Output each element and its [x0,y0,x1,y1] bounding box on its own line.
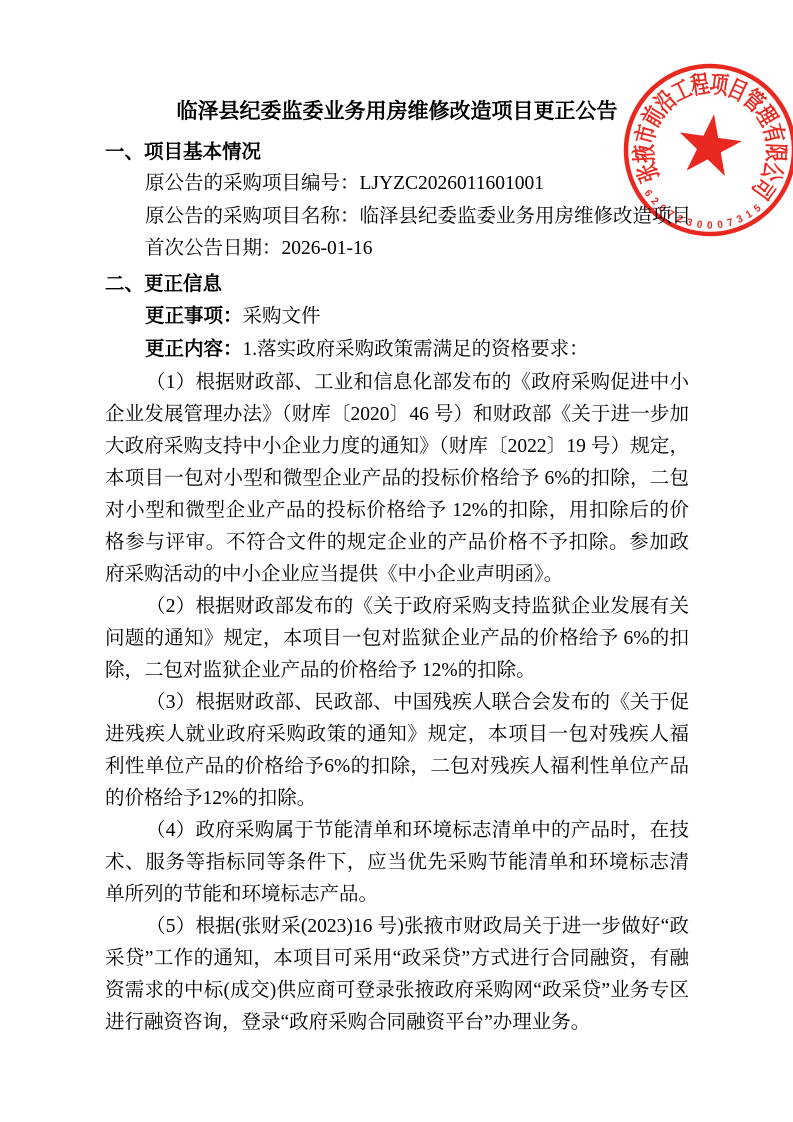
svg-text:7: 7 [726,217,735,229]
item-correction-content: 更正内容：1.落实政府采购政策需满足的资格要求： [105,333,689,367]
item-correction-matter: 更正事项：采购文件 [105,300,689,334]
svg-text:0: 0 [696,219,703,231]
svg-text:司: 司 [747,173,781,204]
item-value: 1.落实政府采购政策需满足的资格要求： [243,339,589,360]
svg-text:限: 限 [761,143,790,163]
field-label: 原公告的采购项目名称： [145,206,360,227]
correction-paragraph-2: （2）根据财政部发布的《关于政府采购支持监狱企业发展有关问题的通知》规定，本项目… [105,591,689,687]
item-label: 更正内容： [145,338,243,360]
field-first-announcement-date: 首次公告日期：2026-01-16 [105,233,689,266]
svg-text:3: 3 [735,213,745,226]
page-title: 临泽县纪委监委业务用房维修改造项目更正公告 [105,95,689,129]
correction-paragraph-5: （5）根据(张财采(2023)16 号)张掖市财政局关于进一步做好“政采贷”工作… [105,911,689,1039]
field-original-project-name: 原公告的采购项目名称：临泽县纪委监委业务用房维修改造项目 [105,201,689,234]
correction-paragraph-4: （4）政府采购属于节能清单和环境标志清单中的产品时，在技术、服务等指标同等条件下… [105,815,689,911]
svg-text:0: 0 [717,219,724,231]
section-heading-correction-info: 二、更正信息 [105,268,689,300]
section-heading-basic-info: 一、项目基本情况 [105,136,689,168]
item-label: 更正事项： [145,305,243,327]
document-page: 临泽县纪委监委业务用房维修改造项目更正公告 一、项目基本情况 原公告的采购项目编… [0,0,793,1122]
svg-text:公: 公 [756,158,789,185]
field-value: 临泽县纪委监委业务用房维修改造项目 [360,206,692,227]
field-value: 2026-01-16 [282,238,373,259]
svg-text:0: 0 [707,220,713,231]
field-label: 首次公告日期： [145,238,282,259]
correction-paragraph-3: （3）根据财政部、民政部、中国残疾人联合会发布的《关于促进残疾人就业政府采购政策… [105,687,689,815]
field-label: 原公告的采购项目编号： [145,173,360,194]
svg-text:管: 管 [738,84,771,118]
field-original-project-number: 原公告的采购项目编号：LJYZC2026011601001 [105,168,689,201]
svg-text:5: 5 [752,203,764,215]
svg-text:程: 程 [689,69,712,100]
svg-text:有: 有 [758,121,790,146]
field-value: LJYZC2026011601001 [360,173,545,194]
svg-text:理: 理 [749,100,783,131]
svg-text:项: 项 [708,69,730,100]
svg-text:目: 目 [723,73,752,106]
correction-paragraph-1: （1）根据财政部、工业和信息化部发布的《政府采购促进中小企业发展管理办法》（财库… [105,367,689,591]
svg-text:1: 1 [744,209,755,222]
item-value: 采购文件 [243,306,321,327]
